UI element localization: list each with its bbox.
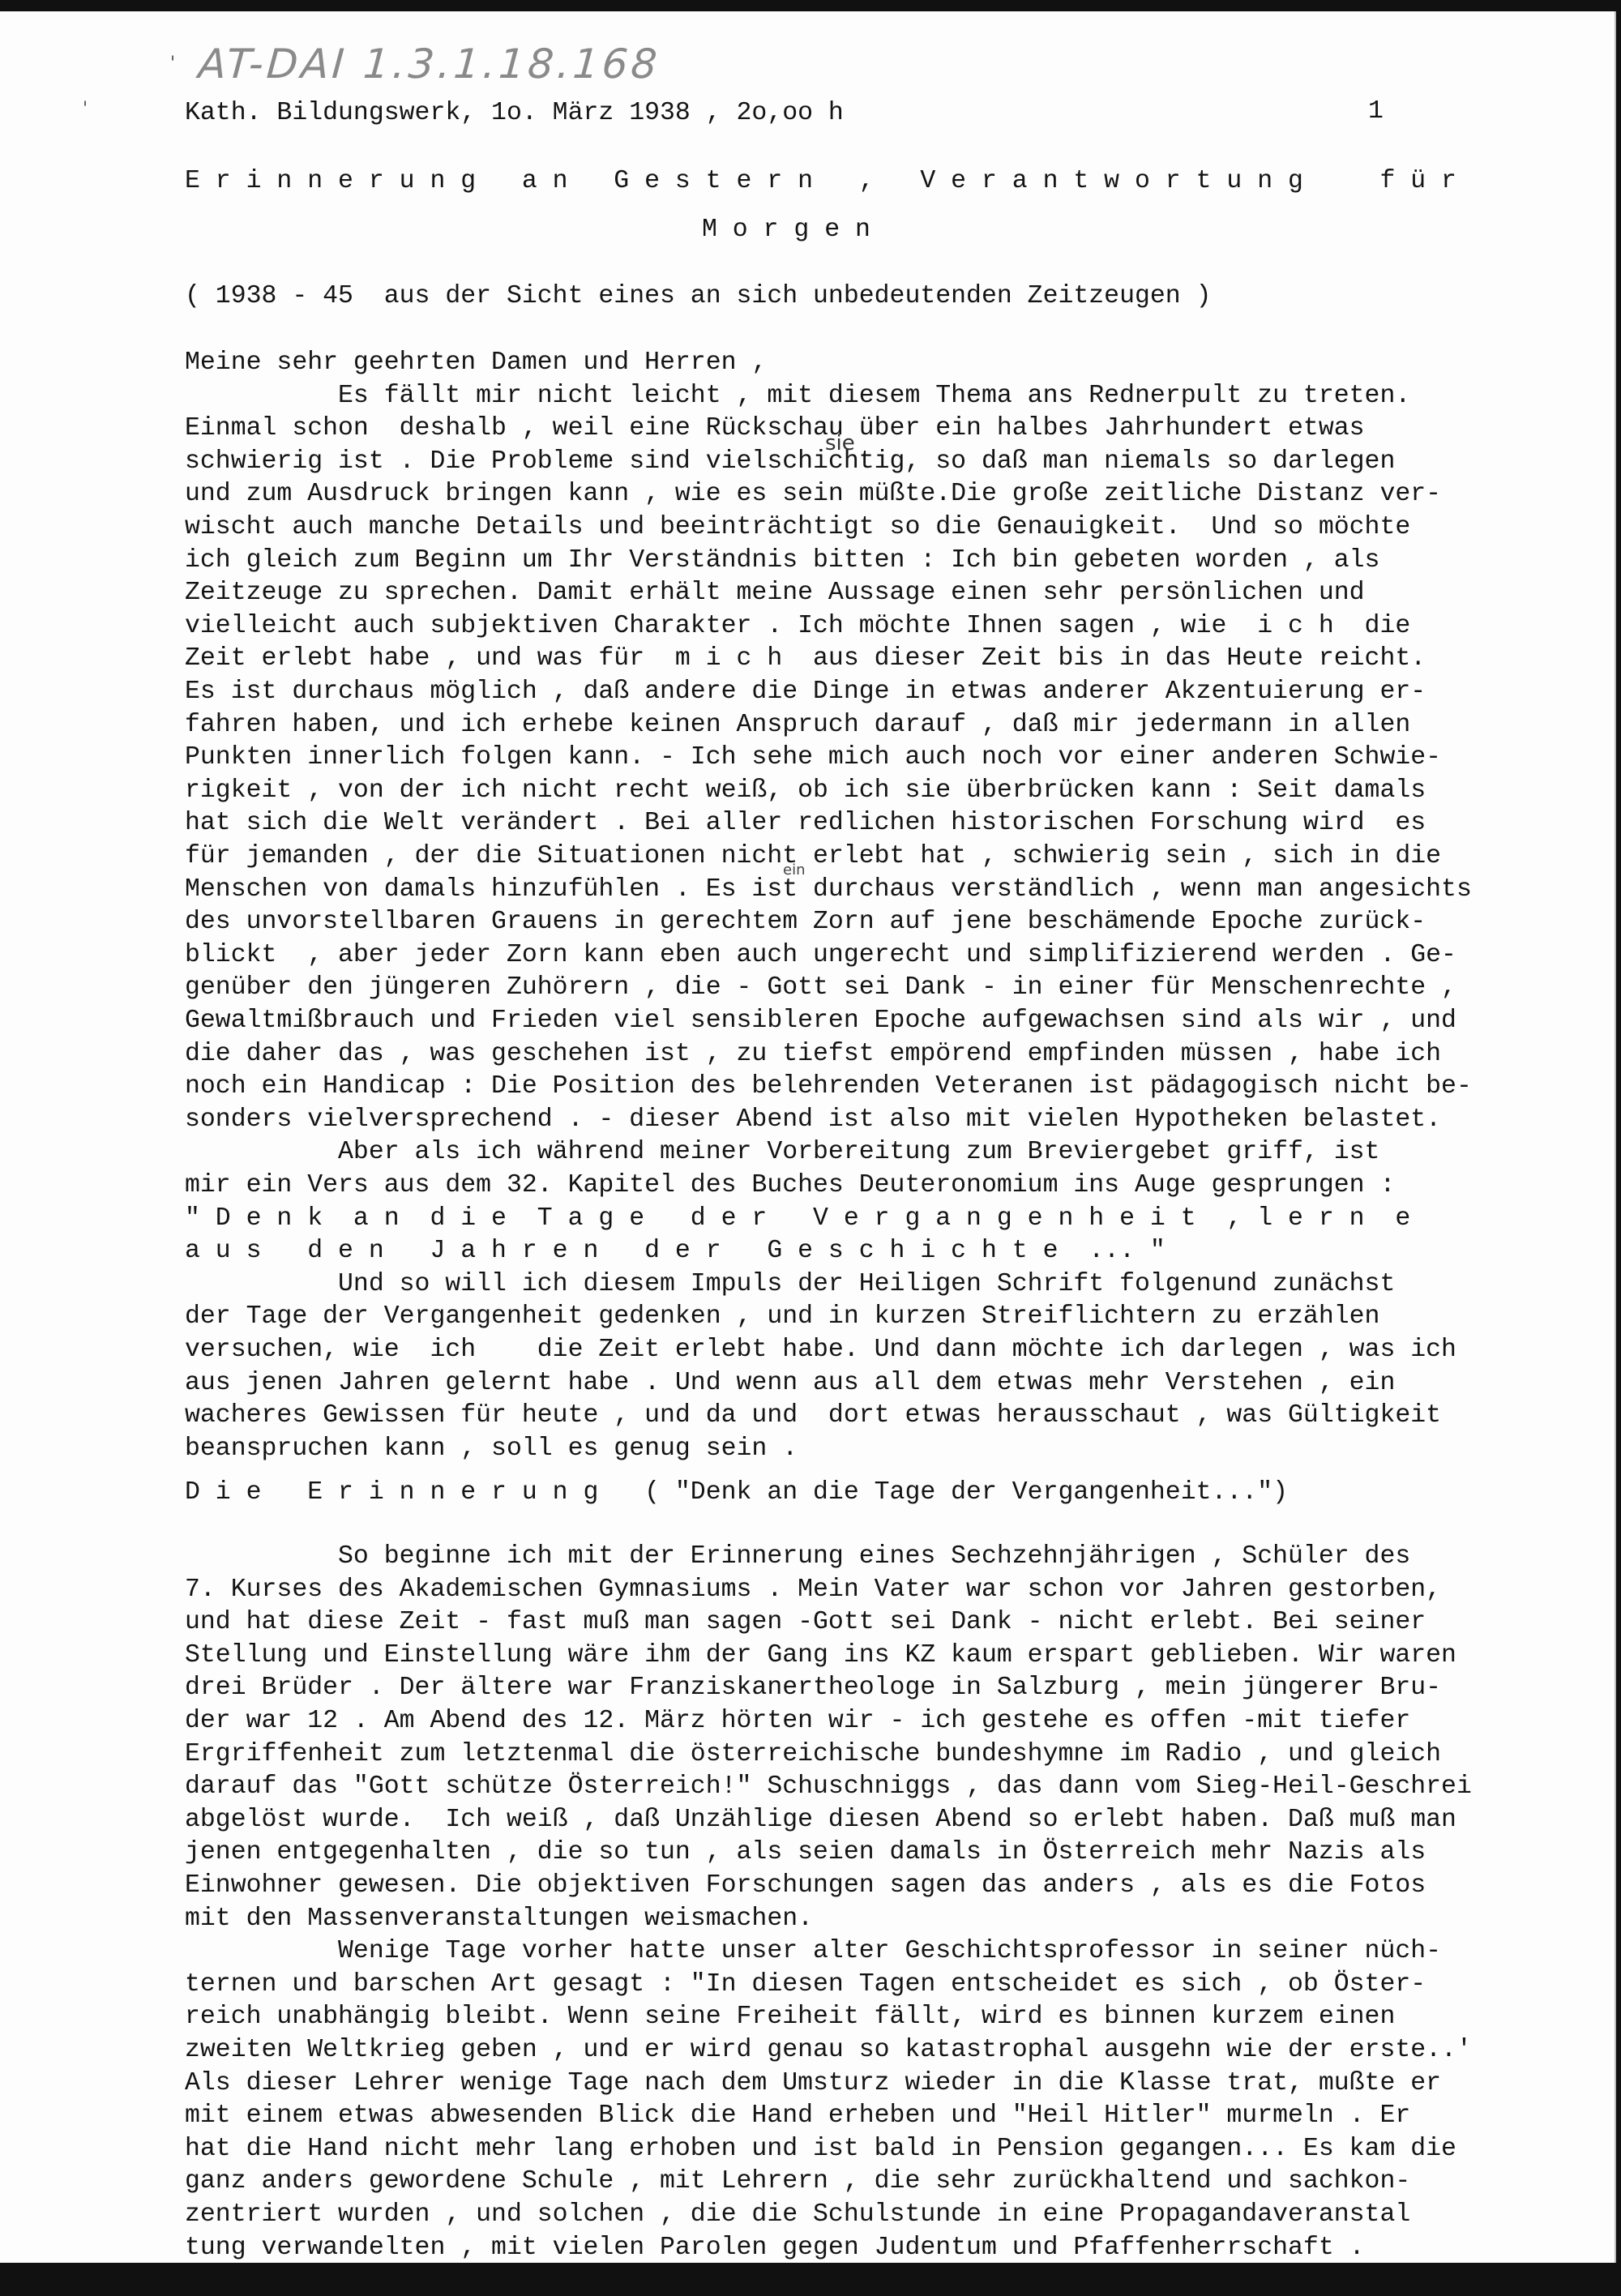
text-line: Einmal schon deshalb , weil eine Rücksch… [185, 413, 1365, 445]
text-line: abgelöst wurde. Ich weiß , daß Unzählige… [185, 1804, 1456, 1836]
text-line: versuchen, wie ich die Zeit erlebt habe.… [185, 1334, 1456, 1366]
text-line: des unvorstellbaren Grauens in gerechtem… [185, 906, 1426, 938]
text-line: wacheres Gewissen für heute , und da und… [185, 1400, 1441, 1432]
text-line: Es fällt mir nicht leicht , mit diesem T… [185, 380, 1410, 413]
text-line: 7. Kurses des Akademischen Gymnasiums . … [185, 1574, 1441, 1606]
handwritten-insertion: sie [825, 431, 855, 455]
pencil-mark: ' [170, 53, 175, 74]
document-title: E r i n n e r u n g a n G e s t e r n , … [185, 165, 1456, 198]
text-line: Wenige Tage vorher hatte unser alter Ges… [185, 1935, 1441, 1968]
text-line: Ergriffenheit zum letztenmal die österre… [185, 1738, 1441, 1771]
text-line: wischt auch manche Details und beeinträc… [185, 511, 1410, 544]
text-line: sonders vielversprechend . - dieser Aben… [185, 1104, 1441, 1136]
page-number: 1 [1368, 97, 1384, 126]
text-line: mir ein Vers aus dem 32. Kapitel des Buc… [185, 1169, 1395, 1202]
text-line: tung verwandelten , mit vielen Parolen g… [185, 2232, 1365, 2264]
text-line: darauf das "Gott schütze Österreich!" Sc… [185, 1771, 1472, 1803]
section-heading: D i e E r i n n e r u n g ( "Denk an die… [185, 1477, 1288, 1509]
text-line: für jemanden , der die Situationen nicht… [185, 840, 1441, 873]
text-line: reich unabhängig bleibt. Wenn seine Frei… [185, 2001, 1395, 2033]
text-line: Punkten innerlich folgen kann. - Ich seh… [185, 742, 1441, 774]
text-line: Gewaltmißbrauch und Frieden viel sensibl… [185, 1005, 1456, 1037]
text-line: rigkeit , von der ich nicht recht weiß, … [185, 775, 1426, 807]
text-line: Zeit erlebt habe , und was für m i c h a… [185, 643, 1426, 675]
text-line: mit einem etwas abwesenden Blick die Han… [185, 2100, 1410, 2132]
text-line: Menschen von damals hinzufühlen . Es ist… [185, 874, 1472, 906]
text-line: beanspruchen kann , soll es genug sein . [185, 1433, 798, 1465]
text-line: " D e n k a n d i e T a g e d e r V e r … [185, 1203, 1410, 1235]
text-line: Meine sehr geehrten Damen und Herren , [185, 347, 767, 379]
text-line: die daher das , was geschehen ist , zu t… [185, 1038, 1441, 1071]
text-line: zentriert wurden , und solchen , die die… [185, 2199, 1410, 2231]
document-title-continued: M o r g e n [702, 214, 870, 246]
text-line: Als dieser Lehrer wenige Tage nach dem U… [185, 2067, 1441, 2100]
document-subtitle: ( 1938 - 45 aus der Sicht eines an sich … [185, 280, 1212, 313]
text-line: ternen und barschen Art gesagt : "In die… [185, 1969, 1426, 2001]
handwritten-insertion: ein [783, 862, 805, 879]
archive-signature: AT-DAI 1.3.1.18.168 [197, 41, 661, 88]
text-line: hat die Hand nicht mehr lang erhoben und… [185, 2133, 1456, 2166]
text-line: blickt , aber jeder Zorn kann eben auch … [185, 939, 1456, 972]
text-line: ganz anders gewordene Schule , mit Lehre… [185, 2166, 1410, 2198]
text-line: drei Brüder . Der ältere war Franziskane… [185, 1672, 1441, 1704]
text-line: aus jenen Jahren gelernt habe . Und wenn… [185, 1367, 1395, 1400]
text-line: jenen entgegenhalten , die so tun , als … [185, 1836, 1426, 1869]
text-line: vielleicht auch subjektiven Charakter . … [185, 610, 1410, 643]
text-line: hat sich die Welt verändert . Bei aller … [185, 807, 1426, 840]
text-line: genüber den jüngeren Zuhörern , die - Go… [185, 972, 1456, 1004]
text-line: und hat diese Zeit - fast muß man sagen … [185, 1606, 1426, 1639]
text-line: mit den Massenveranstaltungen weismachen… [185, 1903, 813, 1935]
text-line: und zum Ausdruck bringen kann , wie es s… [185, 478, 1441, 511]
text-line: So beginne ich mit der Erinnerung eines … [185, 1541, 1410, 1573]
text-line: der Tage der Vergangenheit gedenken , un… [185, 1301, 1379, 1333]
text-line: Und so will ich diesem Impuls der Heilig… [185, 1268, 1395, 1301]
text-line: noch ein Handicap : Die Position des bel… [185, 1071, 1472, 1103]
text-line: ich gleich zum Beginn um Ihr Verständnis… [185, 545, 1379, 577]
text-line: Zeitzeuge zu sprechen. Damit erhält mein… [185, 577, 1365, 609]
document-page: AT-DAI 1.3.1.18.168 ' ' Kath. Bildungswe… [0, 11, 1616, 2263]
pencil-mark: ' [83, 99, 88, 119]
header-event-line: Kath. Bildungswerk, 1o. März 1938 , 2o,o… [185, 97, 844, 130]
text-line: zweiten Weltkrieg geben , und er wird ge… [185, 2034, 1472, 2067]
text-line: Es ist durchaus möglich , daß andere die… [185, 676, 1426, 708]
text-line: Stellung und Einstellung wäre ihm der Ga… [185, 1640, 1456, 1672]
text-line: Aber als ich während meiner Vorbereitung… [185, 1136, 1379, 1169]
text-line: Einwohner gewesen. Die objektiven Forsch… [185, 1870, 1426, 1902]
text-line: a u s d e n J a h r e n d e r G e s c h … [185, 1235, 1165, 1268]
text-line: der war 12 . Am Abend des 12. März hörte… [185, 1705, 1410, 1738]
text-line: schwierig ist . Die Probleme sind vielsc… [185, 446, 1395, 478]
text-line: fahren haben, und ich erhebe keinen Ansp… [185, 709, 1410, 742]
